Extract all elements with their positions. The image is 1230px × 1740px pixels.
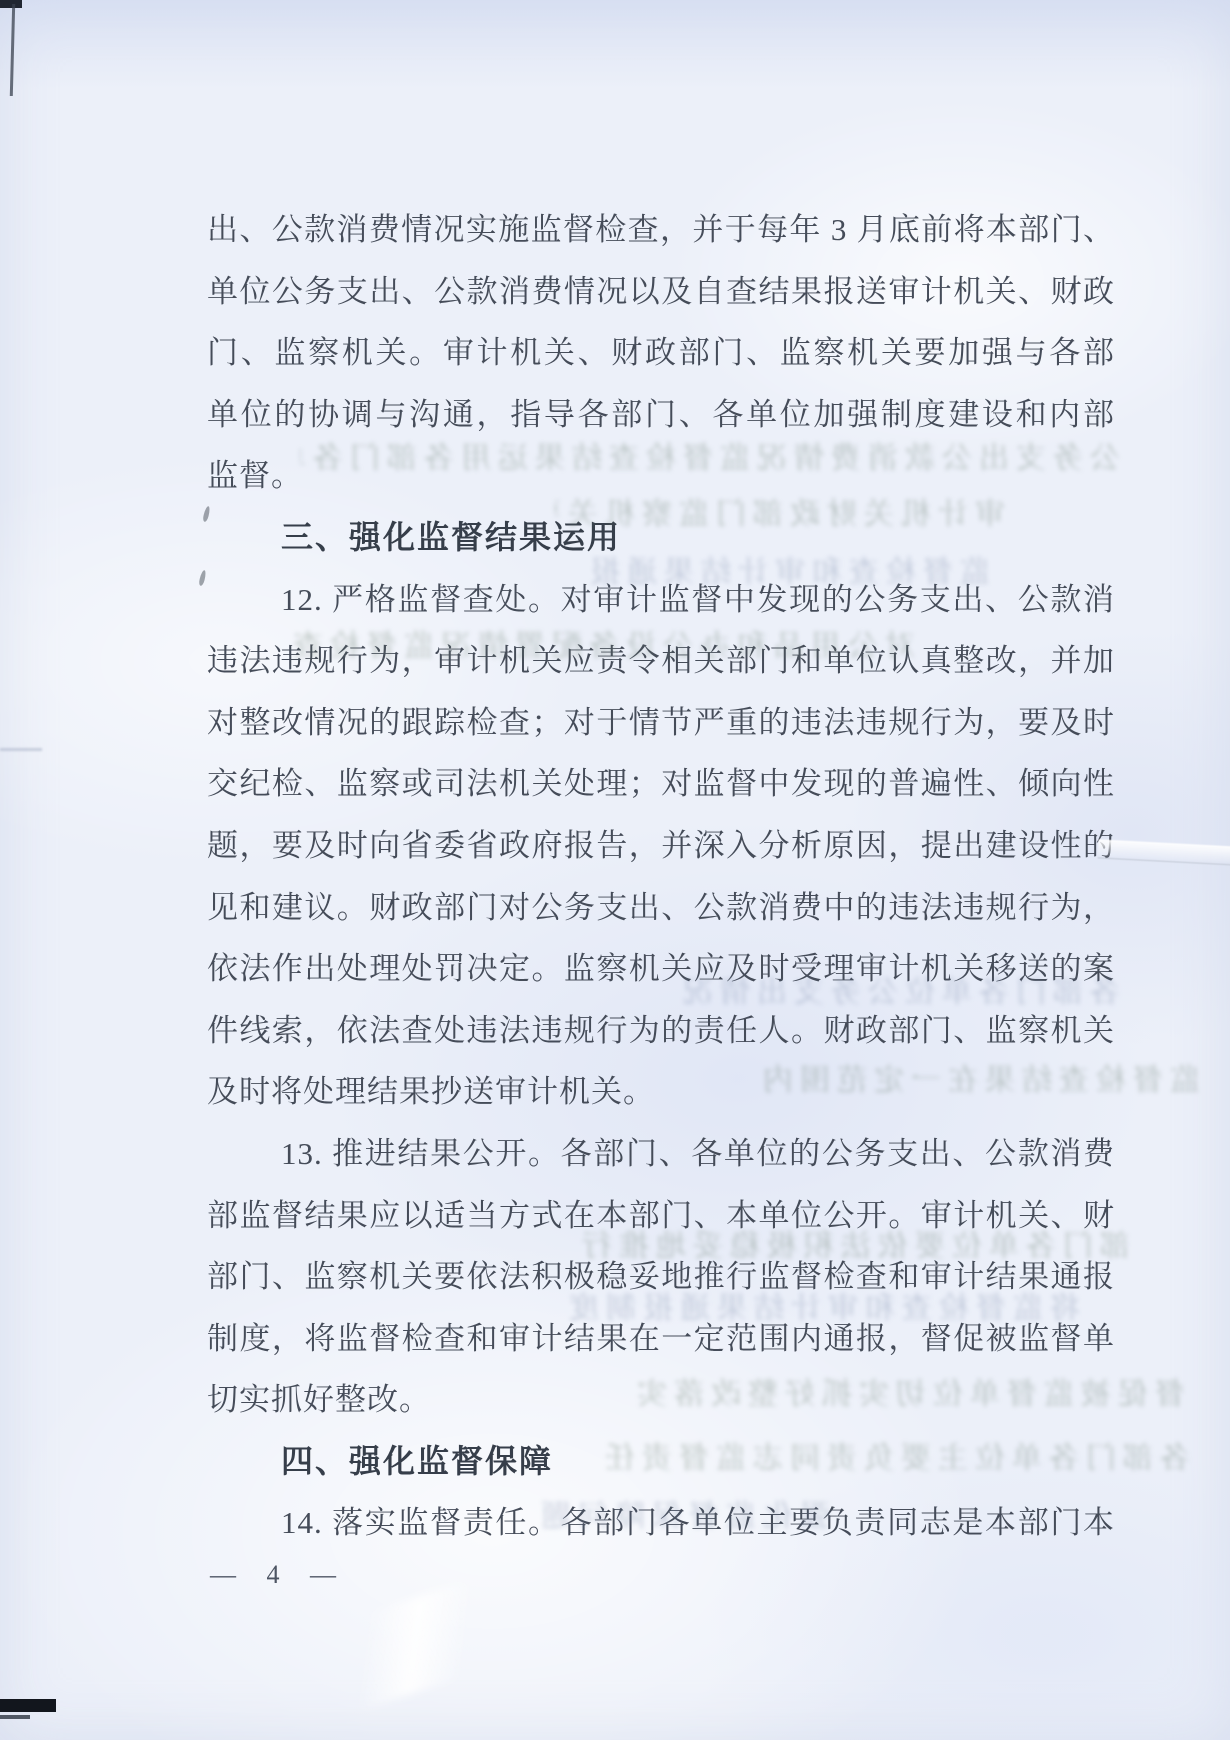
text-line: 部监督结果应以适当方式在本部门、本单位公开。审计机关、财政 [207,1185,1115,1247]
document-text: 出、公款消费情况实施监督检查，并于每年 3 月底前将本部门、本单位公务支出、公款… [207,199,1115,1554]
page-number: — 4 — [210,1560,348,1590]
text-line: 违法违规行为，审计机关应责令相关部门和单位认真整改，并加强 [207,630,1115,692]
text-line: 题，要及时向省委省政府报告，并深入分析原因，提出建设性的意 [207,815,1115,877]
text-line: 对整改情况的跟踪检查；对于情节严重的违法违规行为，要及时移 [207,692,1115,754]
scan-edge-artifact [0,1715,30,1719]
text-line: 门、监察机关。审计机关、财政部门、监察机关要加强与各部门、各 [207,322,1115,384]
text-line: 监督。 [207,445,1115,507]
text-line: 切实抓好整改。 [207,1369,1115,1431]
text-line: 依法作出处理处罚决定。监察机关应及时受理审计机关移送的案 [207,938,1115,1000]
text-line: 及时将处理结果抄送审计机关。 [207,1061,1115,1123]
text-line: 制度，将监督检查和审计结果在一定范围内通报，督促被监督单位 [207,1308,1115,1370]
pen-tick [198,570,207,587]
text-line: 交纪检、监察或司法机关处理；对监督中发现的普遍性、倾向性问 [207,753,1115,815]
text-line: 见和建议。财政部门对公务支出、公款消费中的违法违规行为，应 [207,877,1115,939]
text-line: 单位公务支出、公款消费情况以及自查结果报送审计机关、财政部 [207,261,1115,323]
section-heading: 四、强化监督保障 [207,1431,1115,1493]
text-line: 件线索，依法查处违法违规行为的责任人。财政部门、监察机关应 [207,1000,1115,1062]
scan-edge-artifact [0,0,22,8]
text-line: 单位的协调与沟通，指导各部门、各单位加强制度建设和内部 [207,384,1115,446]
scan-edge-artifact [10,4,15,96]
fold-crease [292,1567,539,1724]
section-heading: 三、强化监督结果运用 [207,507,1115,569]
text-line: 13. 推进结果公开。各部门、各单位的公务支出、公款消费内 [207,1123,1115,1185]
text-line: 部门、监察机关要依法积极稳妥地推行监督检查和审计结果通报 [207,1246,1115,1308]
fold-crease [1098,839,1230,865]
text-line: 出、公款消费情况实施监督检查，并于每年 3 月底前将本部门、本 [207,199,1115,261]
text-line: 14. 落实监督责任。各部门各单位主要负责同志是本部门本 [207,1492,1115,1554]
fold-crease [0,748,42,751]
scanned-page: 出、公款消费情况实施监督检查，并于每年 3 月底前将本部门、本单位公务支出、公款… [0,0,1230,1740]
text-line: 12. 严格监督查处。对审计监督中发现的公务支出、公款消费 [207,569,1115,631]
scan-edge-artifact [0,1699,56,1712]
